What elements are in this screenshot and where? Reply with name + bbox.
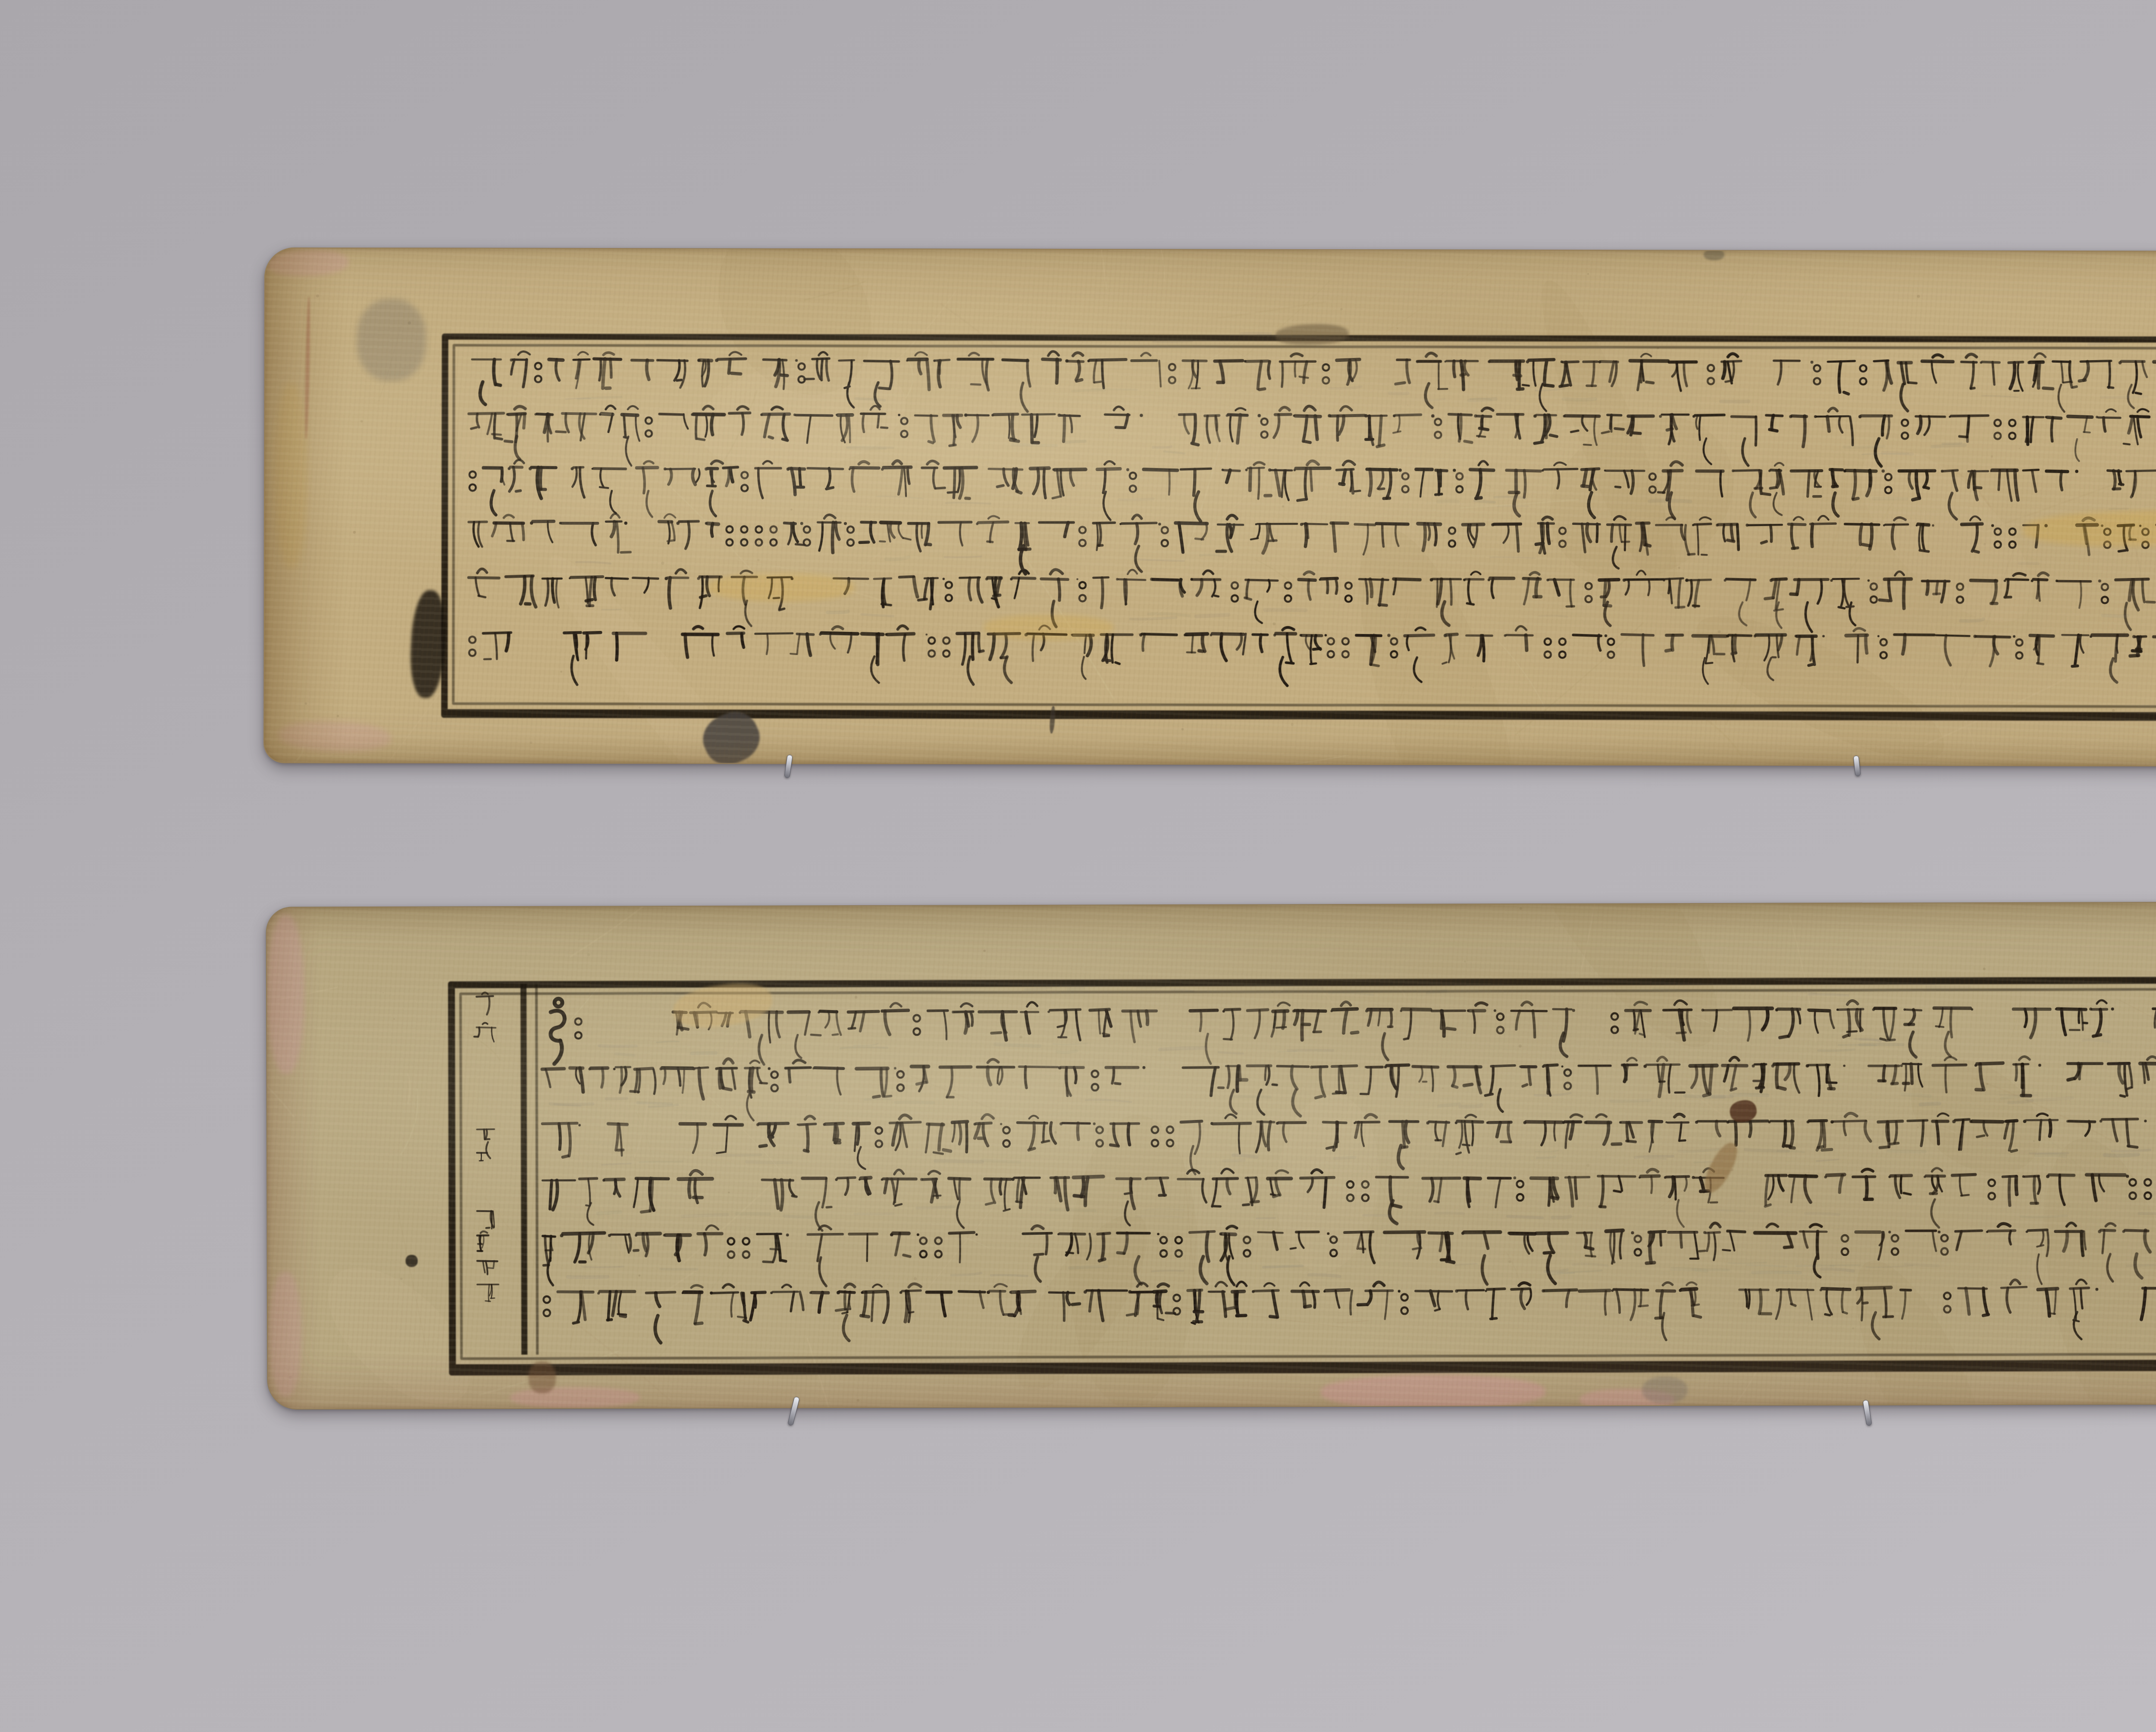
upper-folio <box>263 248 2156 767</box>
upper-folio-text-frame <box>441 333 2156 721</box>
lower-folio-inner-rule <box>459 988 2156 1360</box>
lower-folio <box>266 901 2156 1409</box>
lower-folio-text-frame <box>448 976 2156 1375</box>
margin-divider-line <box>520 984 527 1355</box>
photograph-background <box>0 0 2156 1732</box>
upper-folio-inner-rule <box>452 344 2156 708</box>
